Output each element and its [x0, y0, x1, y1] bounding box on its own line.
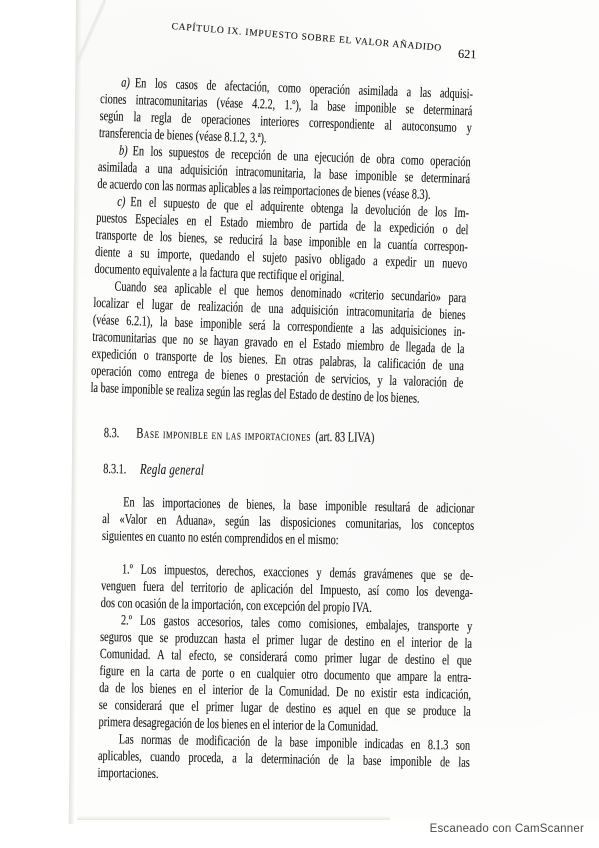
- body-text-upper: a)En los casos de afectación, como opera…: [90, 74, 473, 409]
- book-page: CAPÍTULO IX. IMPUESTO SOBRE EL VALOR AÑA…: [77, 0, 599, 820]
- paragraph-item-c: c)En el supuesto de que el adquirente ob…: [94, 193, 469, 290]
- item-a-marker: a): [121, 76, 135, 91]
- paragraph-valor-en-aduana: En las importaciones de bienes, la base …: [102, 494, 475, 552]
- section-title: Base imponible en las importaciones: [136, 426, 311, 445]
- item-b-marker: b): [119, 144, 133, 159]
- scanned-document-canvas: CAPÍTULO IX. IMPUESTO SOBRE EL VALOR AÑA…: [0, 0, 599, 848]
- section-number: 8.3.: [104, 425, 137, 444]
- item-c-marker: c): [117, 195, 131, 210]
- section-number: 8.3.1.: [103, 461, 140, 480]
- page-number: 621: [458, 47, 477, 63]
- paragraph-normas-modificacion: Las normas de modificación de la base im…: [97, 731, 470, 789]
- running-header: CAPÍTULO IX. IMPUESTO SOBRE EL VALOR AÑA…: [171, 21, 442, 54]
- paragraph-ordinal-2: 2.º Los gastos accesorios, tales como co…: [98, 612, 472, 738]
- camscanner-watermark: Escaneado con CamScanner: [430, 823, 584, 835]
- page-left-edge-shadow: [69, 0, 82, 824]
- section-article-ref: (art. 83 LIVA): [315, 430, 374, 446]
- section-heading-83: 8.3.Base imponible en las importaciones(…: [104, 424, 476, 450]
- page-bottom-edge-shadow: [77, 816, 390, 820]
- paragraph-item-a: a)En los casos de afectación, como opera…: [99, 74, 473, 154]
- section-heading-831: 8.3.1.Regla general: [103, 460, 475, 486]
- paragraph-criterio-secundario: Cuando sea aplicable el que hemos denomi…: [90, 278, 466, 409]
- body-text-lower: 8.3.Base imponible en las importaciones(…: [97, 424, 475, 789]
- section-title: Regla general: [140, 462, 204, 479]
- paragraph-ordinal-1: 1.º Los impuestos, derechos, exacciones …: [101, 561, 474, 619]
